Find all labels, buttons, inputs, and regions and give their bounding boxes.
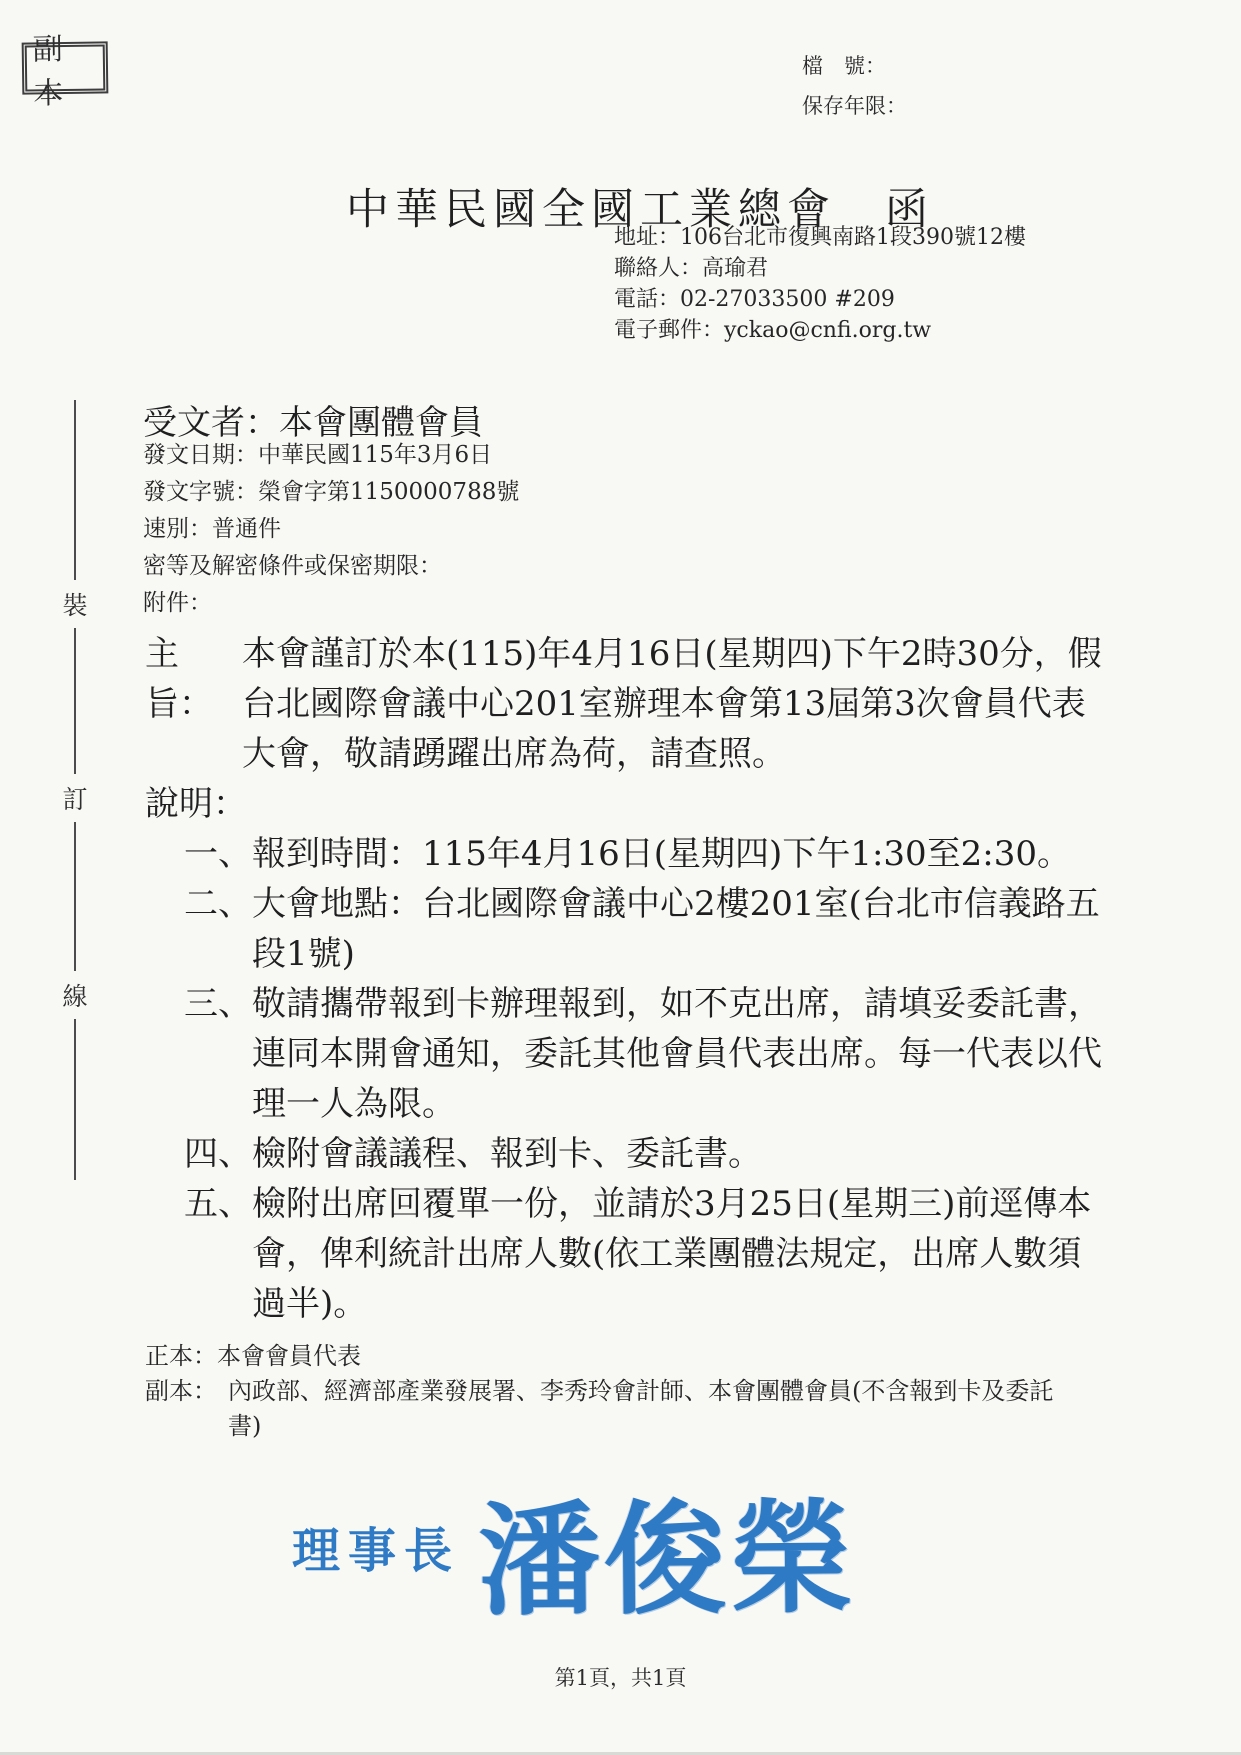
copy-stamp-text: 副本 — [32, 23, 103, 112]
copy-recipients-label: 副本： — [145, 1374, 228, 1444]
doc-number-line: 發文字號：榮會字第1150000788號 — [143, 474, 519, 511]
chairman-title-stamp: 理事長 — [292, 1512, 460, 1581]
item-text: 檢附出席回覆單一份，並請於3月25日(星期三)前逕傳本會，俾利統計出席人數(依工… — [252, 1179, 1112, 1329]
attachment-line: 附件： — [143, 585, 519, 622]
item-number: 二、 — [184, 879, 252, 979]
binding-mark-xian: 線 — [60, 971, 90, 1019]
subject-label: 主旨： — [145, 629, 242, 779]
page-number-footer: 第1頁，共1頁 — [0, 1662, 1241, 1692]
copy-stamp: 副本 — [22, 41, 109, 94]
item-number: 四、 — [184, 1129, 252, 1179]
copy-recipients-text: 內政部、經濟部產業發展署、李秀玲會計師、本會團體會員(不含報到卡及委託書) — [228, 1374, 1073, 1444]
description-item-3: 三、 敬請攜帶報到卡辦理報到，如不克出席，請填妥委託書，連同本開會通知，委託其他… — [184, 979, 1125, 1129]
binding-mark-ding: 訂 — [60, 774, 90, 822]
file-no-label: 檔 號： — [802, 46, 907, 86]
chairman-signature-stamp: 潘俊榮 — [477, 1460, 857, 1638]
item-number: 五、 — [184, 1179, 252, 1329]
copy-recipients-line: 副本： 內政部、經濟部產業發展署、李秀玲會計師、本會團體會員(不含報到卡及委託書… — [145, 1374, 1073, 1444]
item-text: 敬請攜帶報到卡辦理報到，如不克出席，請填妥委託書，連同本開會通知，委託其他會員代… — [252, 979, 1112, 1129]
official-letter-page: 副本 檔 號： 保存年限： 中華民國全國工業總會 函 地址：106台北市復興南路… — [0, 0, 1241, 1755]
description-label: 說明： — [145, 779, 1125, 829]
document-meta-block: 發文日期：中華民國115年3月6日 發文字號：榮會字第1150000788號 速… — [143, 437, 519, 622]
speed-line: 速別：普通件 — [143, 511, 519, 548]
letter-body: 主旨： 本會謹訂於本(115)年4月16日(星期四)下午2時30分，假台北國際會… — [145, 629, 1125, 1329]
retention-label: 保存年限： — [802, 86, 907, 126]
original-recipients-line: 正本：本會會員代表 — [145, 1339, 1073, 1374]
item-text: 大會地點：台北國際會議中心2樓201室(台北市信義路五段1號) — [252, 879, 1112, 979]
issue-date-line: 發文日期：中華民國115年3月6日 — [143, 437, 519, 474]
item-number: 一、 — [184, 829, 252, 879]
description-item-4: 四、 檢附會議議程、報到卡、委託書。 — [184, 1129, 1125, 1179]
subject-paragraph: 主旨： 本會謹訂於本(115)年4月16日(星期四)下午2時30分，假台北國際會… — [145, 629, 1125, 779]
sender-contact-person: 聯絡人：高瑜君 — [614, 253, 1026, 284]
sender-email: 電子郵件：yckao@cnfi.org.tw — [614, 315, 1026, 346]
subject-text: 本會謹訂於本(115)年4月16日(星期四)下午2時30分，假台北國際會議中心2… — [242, 629, 1108, 779]
item-text: 報到時間：115年4月16日(星期四)下午1:30至2:30。 — [252, 829, 1112, 879]
item-text: 檢附會議議程、報到卡、委託書。 — [252, 1129, 1112, 1179]
description-item-1: 一、 報到時間：115年4月16日(星期四)下午1:30至2:30。 — [184, 829, 1125, 879]
description-item-2: 二、 大會地點：台北國際會議中心2樓201室(台北市信義路五段1號) — [184, 879, 1125, 979]
distribution-block: 正本：本會會員代表 副本： 內政部、經濟部產業發展署、李秀玲會計師、本會團體會員… — [145, 1339, 1073, 1444]
sender-address: 地址：106台北市復興南路1段390號12樓 — [614, 222, 1026, 253]
security-line: 密等及解密條件或保密期限： — [143, 548, 519, 585]
item-number: 三、 — [184, 979, 252, 1129]
sender-phone: 電話：02-27033500 #209 — [614, 284, 1026, 315]
sender-contact-block: 地址：106台北市復興南路1段390號12樓 聯絡人：高瑜君 電話：02-270… — [614, 222, 1026, 346]
file-number-block: 檔 號： 保存年限： — [802, 46, 907, 126]
binding-mark-zhuang: 裝 — [60, 580, 90, 628]
description-item-5: 五、 檢附出席回覆單一份，並請於3月25日(星期三)前逕傳本會，俾利統計出席人數… — [184, 1179, 1125, 1329]
